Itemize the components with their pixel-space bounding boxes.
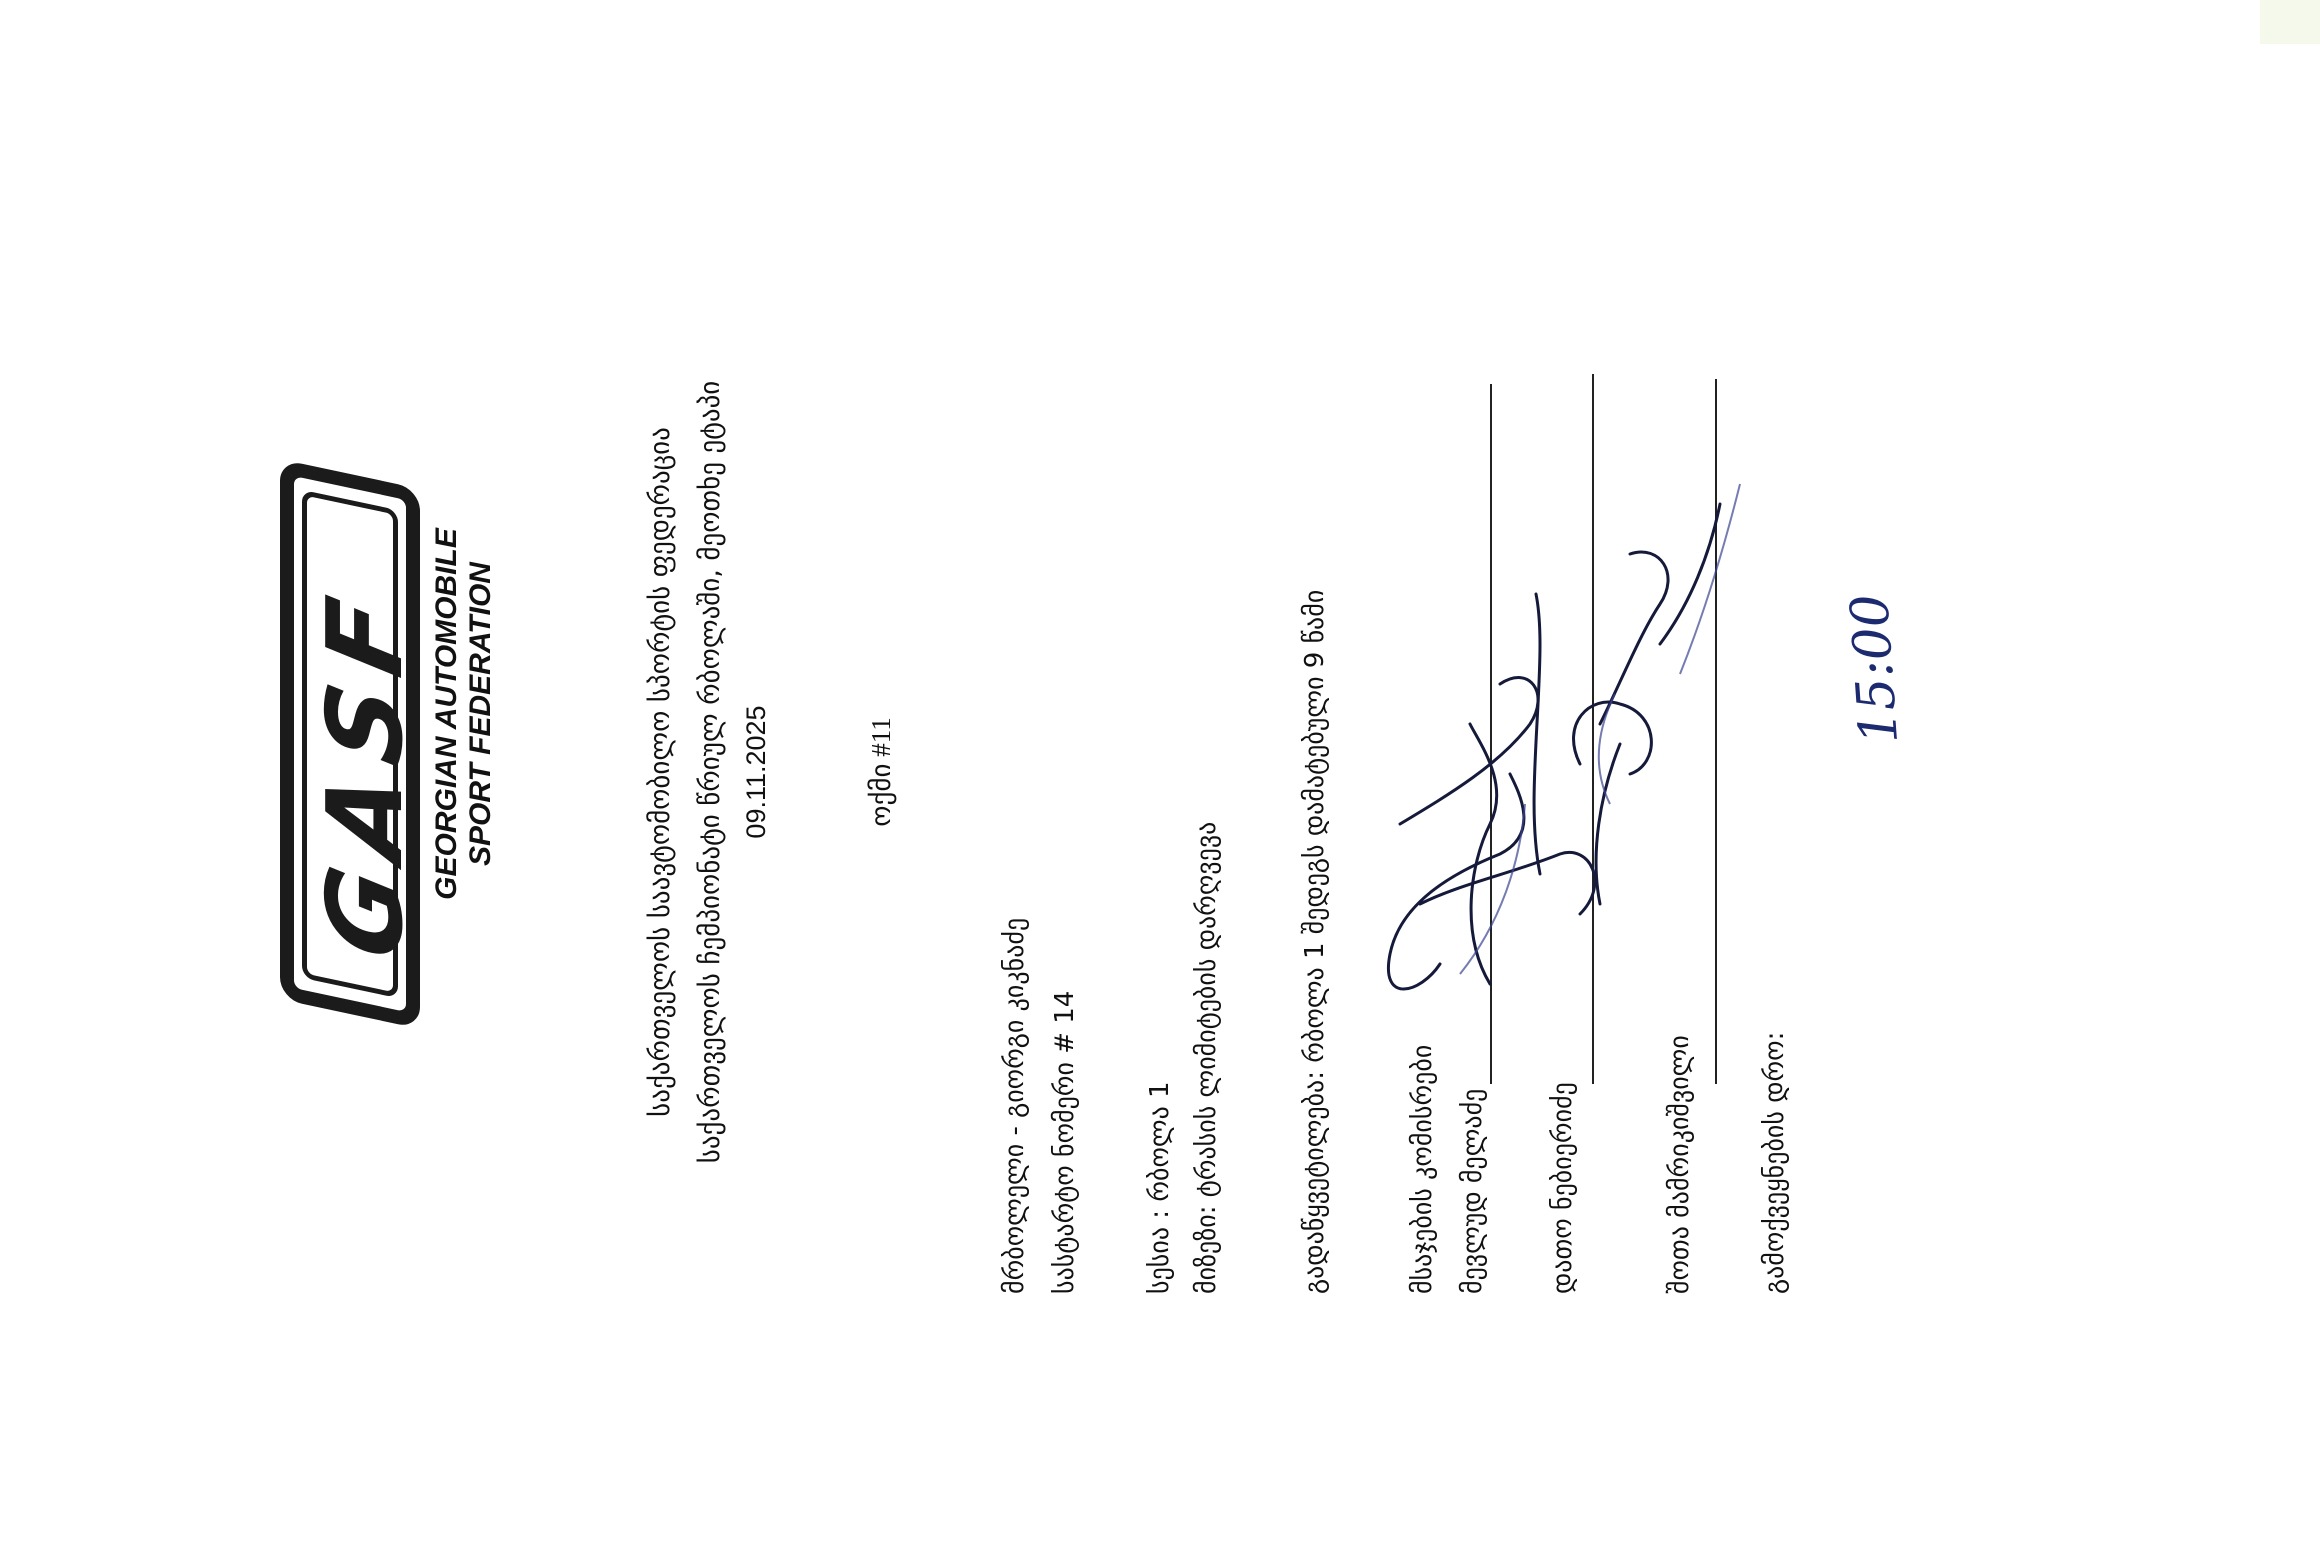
decision-line: გადაწყვეტილება: რბოლა 1 შედეგს დამატებულ… <box>1300 590 1330 1294</box>
steward-3-name: შოთა მამრიკიშვილი <box>1665 1035 1695 1294</box>
steward-signatures <box>1360 464 1790 1024</box>
logo-subtitle: GEORGIAN AUTOMOBILE SPORT FEDERATION <box>430 474 498 954</box>
event-date: 09.11.2025 <box>735 0 777 1544</box>
logo-frame: GASF <box>280 459 420 1029</box>
scan-artifact <box>2260 0 2320 44</box>
reason-line: მიზეზი: ტრასის ლიმიტების დარღვევა <box>1192 822 1222 1294</box>
start-number-line: სასტარტო ნომერი # 14 <box>1050 991 1080 1294</box>
federation-name: საქართველოს საავტომობილო სპორტის ფედერაც… <box>640 0 682 1544</box>
steward-1-name: მევლუდ მელაძე <box>1458 1089 1488 1294</box>
publication-time-label: გამოქვეყნების დრო: <box>1760 1032 1790 1294</box>
protocol-number: ოქმი #11 <box>860 0 902 1544</box>
document-page: GASF GEORGIAN AUTOMOBILE SPORT FEDERATIO… <box>0 0 2320 1544</box>
handwritten-time: 15:00 <box>1840 592 1910 746</box>
championship-title: საქართველოს ჩემპიონატი წრიულ რბოლაში, მე… <box>690 0 732 1544</box>
gasf-logo: GASF GEORGIAN AUTOMOBILE SPORT FEDERATIO… <box>280 454 480 1014</box>
stewards-title: მსაჯების კომისრები <box>1408 1045 1438 1294</box>
session-line: სესია : რბოლა 1 <box>1145 1081 1175 1294</box>
steward-2-name: დათო ნებიერიძე <box>1548 1082 1578 1294</box>
driver-line: მრბოლელი - გიორგი კიკნაძე <box>1000 918 1030 1294</box>
logo-wordmark: GASF <box>304 574 426 968</box>
